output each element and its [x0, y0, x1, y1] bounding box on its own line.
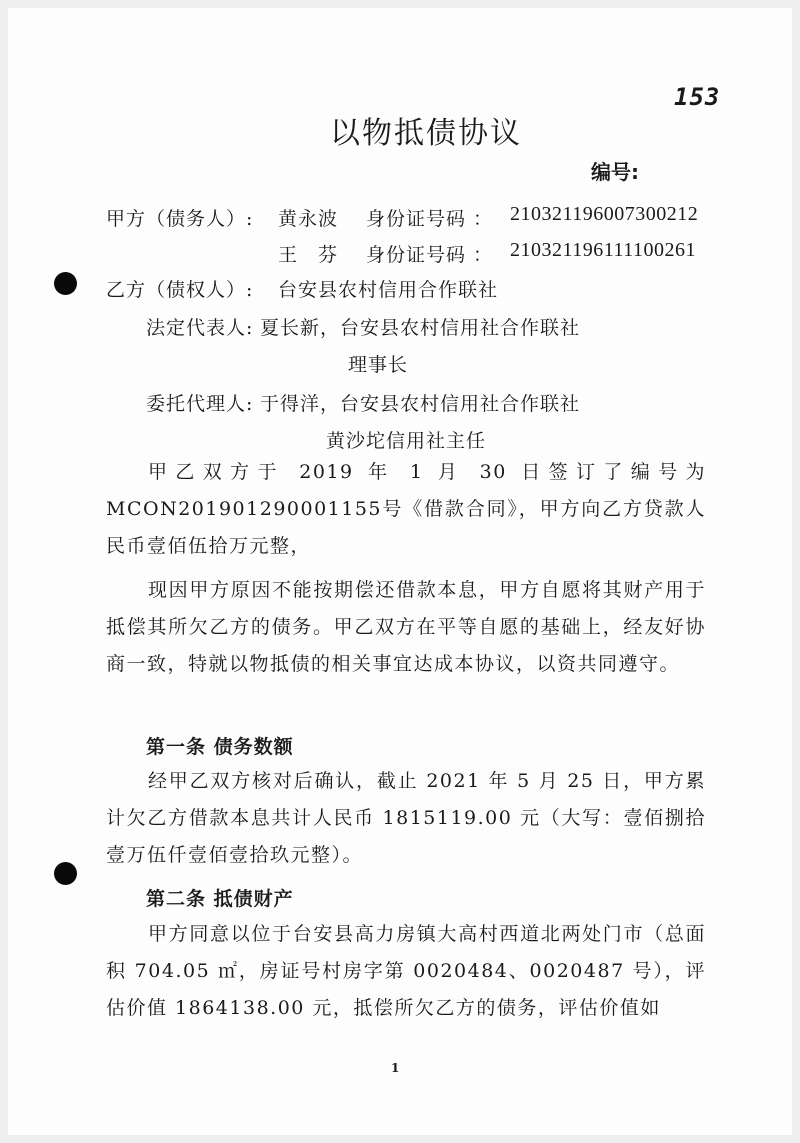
party-b-label: 乙方（债权人）: [106, 275, 253, 302]
preamble-paragraph-2: 现因甲方原因不能按期偿还借款本息，甲方自愿将其财产用于抵偿其所欠乙方的债务。甲乙… [106, 572, 706, 683]
preamble-paragraph-1: 甲乙双方于 2019 年 1 月 30 日签订了编号为MCON201901290… [106, 454, 706, 565]
article-2-heading: 第二条 抵债财产 [146, 884, 294, 911]
party-a-label: 甲方（债务人）: [106, 204, 253, 231]
party-a-person-2-name: 王 芬 [278, 240, 338, 267]
punch-hole-bottom [54, 862, 77, 885]
party-a-person-2-id-number: 210321196111100261 [510, 239, 696, 262]
legal-rep-label: 法定代表人: [146, 313, 253, 340]
party-a-person-1-name: 黄永波 [278, 204, 338, 231]
document-title: 以物抵债协议 [330, 108, 522, 152]
agent-value: 于得洋，台安县农村信用社合作联社 [260, 389, 580, 416]
article-1-heading: 第一条 债务数额 [146, 732, 294, 759]
punch-hole-top [54, 272, 77, 295]
serial-number-label: 编号: [591, 156, 639, 185]
party-b-name: 台安县农村信用合作联社 [278, 275, 498, 302]
agent-title: 黄沙坨信用社主任 [326, 426, 486, 453]
document-page: 153 以物抵债协议 编号: 甲方（债务人）: 黄永波 身份证号码 ： 2103… [8, 8, 792, 1135]
legal-rep-title: 理事长 [348, 350, 408, 377]
party-a-person-1-id-label: 身份证号码 ： [366, 204, 493, 231]
article-1-text: 经甲乙双方核对后确认，截止 2021 年 5 月 25 日，甲方累计欠乙方借款本… [106, 763, 706, 874]
article-2-text: 甲方同意以位于台安县高力房镇大高村西道北两处门市（总面积 704.05 ㎡，房证… [106, 916, 706, 1027]
agent-label: 委托代理人: [146, 389, 253, 416]
footer-page-number: 1 [391, 1061, 399, 1075]
legal-rep-value: 夏长新，台安县农村信用社合作联社 [260, 313, 580, 340]
party-a-person-1-id-number: 210321196007300212 [510, 203, 698, 226]
page-stamp-number: 153 [674, 83, 720, 111]
party-a-person-2-id-label: 身份证号码 ： [366, 240, 493, 267]
